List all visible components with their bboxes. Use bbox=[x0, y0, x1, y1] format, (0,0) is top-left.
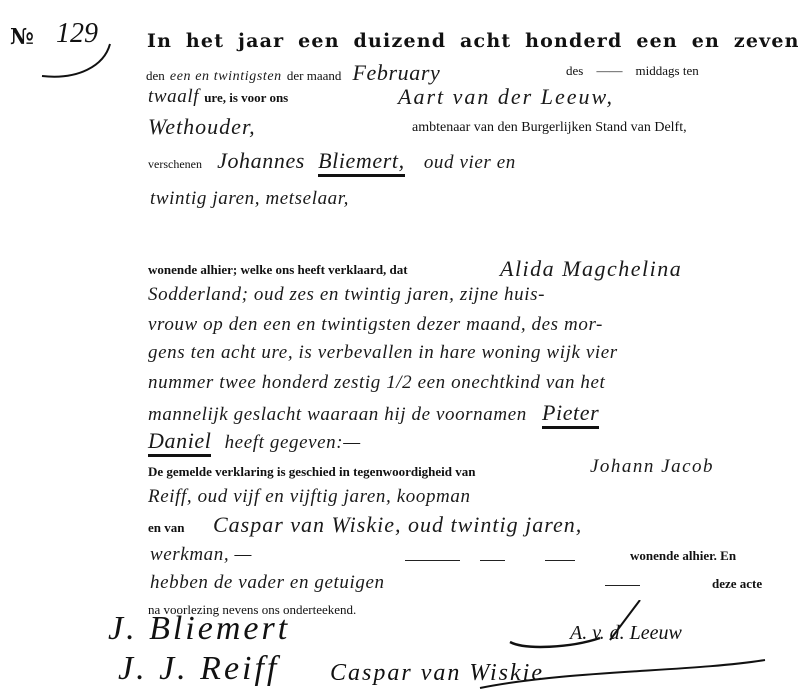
mother-name-handwritten: Alida Magchelina bbox=[500, 256, 682, 282]
witness2-occupation: werkman, — bbox=[150, 544, 252, 566]
label-middags-ten: middags ten bbox=[636, 63, 699, 78]
official-office-printed: ambtenaar van den Burgerlijken Stand van… bbox=[412, 120, 687, 136]
fill-dash bbox=[605, 585, 640, 586]
child-second-name-line: Daniel heeft gegeven:— bbox=[148, 428, 361, 454]
fill-dash bbox=[480, 560, 505, 561]
wonende-alhier-printed: wonende alhier. En bbox=[630, 548, 736, 564]
time-label: des —— middags ten bbox=[566, 60, 699, 79]
date-line: den een en twintigsten der maand Februar… bbox=[146, 60, 440, 86]
label-verschenen: verschenen bbox=[148, 157, 202, 171]
given-text: heeft gegeven:— bbox=[225, 432, 361, 453]
label-des: des bbox=[566, 63, 583, 78]
intro-printed-line: In het jaar een duizend acht honderd een… bbox=[147, 30, 800, 52]
witness2-name-age: Caspar van Wiskie, oud twintig jaren, bbox=[213, 512, 582, 538]
witness1-name: Johann Jacob bbox=[590, 456, 714, 478]
number-flourish-icon bbox=[38, 40, 118, 85]
father-line: verschenen Johannes Bliemert, oud vier e… bbox=[148, 148, 516, 174]
label-en-van: en van bbox=[148, 520, 184, 536]
father-surname: Bliemert, bbox=[318, 148, 405, 177]
deze-acte-printed: deze acte bbox=[712, 576, 762, 592]
witness1-age-occupation: Reiff, oud vijf en vijftig jaren, koopma… bbox=[148, 486, 471, 508]
signature-father: J. Bliemert bbox=[108, 610, 290, 648]
declaration-printed: wonende alhier; welke ons heeft verklaar… bbox=[148, 262, 408, 278]
witness-printed: De gemelde verklaring is geschied in teg… bbox=[148, 464, 476, 480]
child-name-line: mannelijk geslacht waaraan hij de voorna… bbox=[148, 400, 599, 426]
birth-record-page: № 129 In het jaar een duizend acht honde… bbox=[0, 0, 800, 700]
father-first-name: Johannes bbox=[217, 148, 305, 173]
hour-official-line: twaalf ure, is voor ons bbox=[148, 86, 288, 108]
child-second-name: Daniel bbox=[148, 428, 211, 457]
month-handwritten: February bbox=[352, 60, 440, 85]
fill-dash bbox=[545, 560, 575, 561]
mother-surname-age: Sodderland; oud zes en twintig jaren, zi… bbox=[148, 284, 545, 306]
label-den: den bbox=[146, 68, 165, 83]
signature-witness1: J. J. Reiff bbox=[118, 650, 279, 688]
official-title-handwritten: Wethouder, bbox=[148, 114, 256, 140]
dash: —— bbox=[596, 63, 622, 78]
official-signature-flourish-icon bbox=[470, 600, 770, 690]
birth-time-place: gens ten acht ure, is verbevallen in har… bbox=[148, 342, 618, 364]
record-number-mark: № bbox=[10, 24, 34, 50]
hour-handwritten: twaalf bbox=[148, 86, 199, 107]
father-age-occupation: twintig jaren, metselaar, bbox=[150, 188, 349, 210]
signing-parties: hebben de vader en getuigen bbox=[150, 572, 385, 594]
father-age-handwritten: oud vier en bbox=[424, 152, 516, 173]
birth-address: nummer twee honderd zestig 1/2 een onech… bbox=[148, 372, 605, 394]
child-sex-line: mannelijk geslacht waaraan hij de voorna… bbox=[148, 404, 527, 425]
birth-date-line: vrouw op den een en twintigsten dezer ma… bbox=[148, 314, 603, 336]
fill-dash bbox=[405, 560, 460, 561]
label-der-maand: der maand bbox=[287, 68, 342, 83]
child-first-name: Pieter bbox=[542, 400, 599, 429]
official-name-handwritten: Aart van der Leeuw, bbox=[398, 84, 614, 110]
day-handwritten: een en twintigsten bbox=[170, 69, 282, 84]
label-ure-voor-ons: ure, is voor ons bbox=[204, 90, 288, 105]
